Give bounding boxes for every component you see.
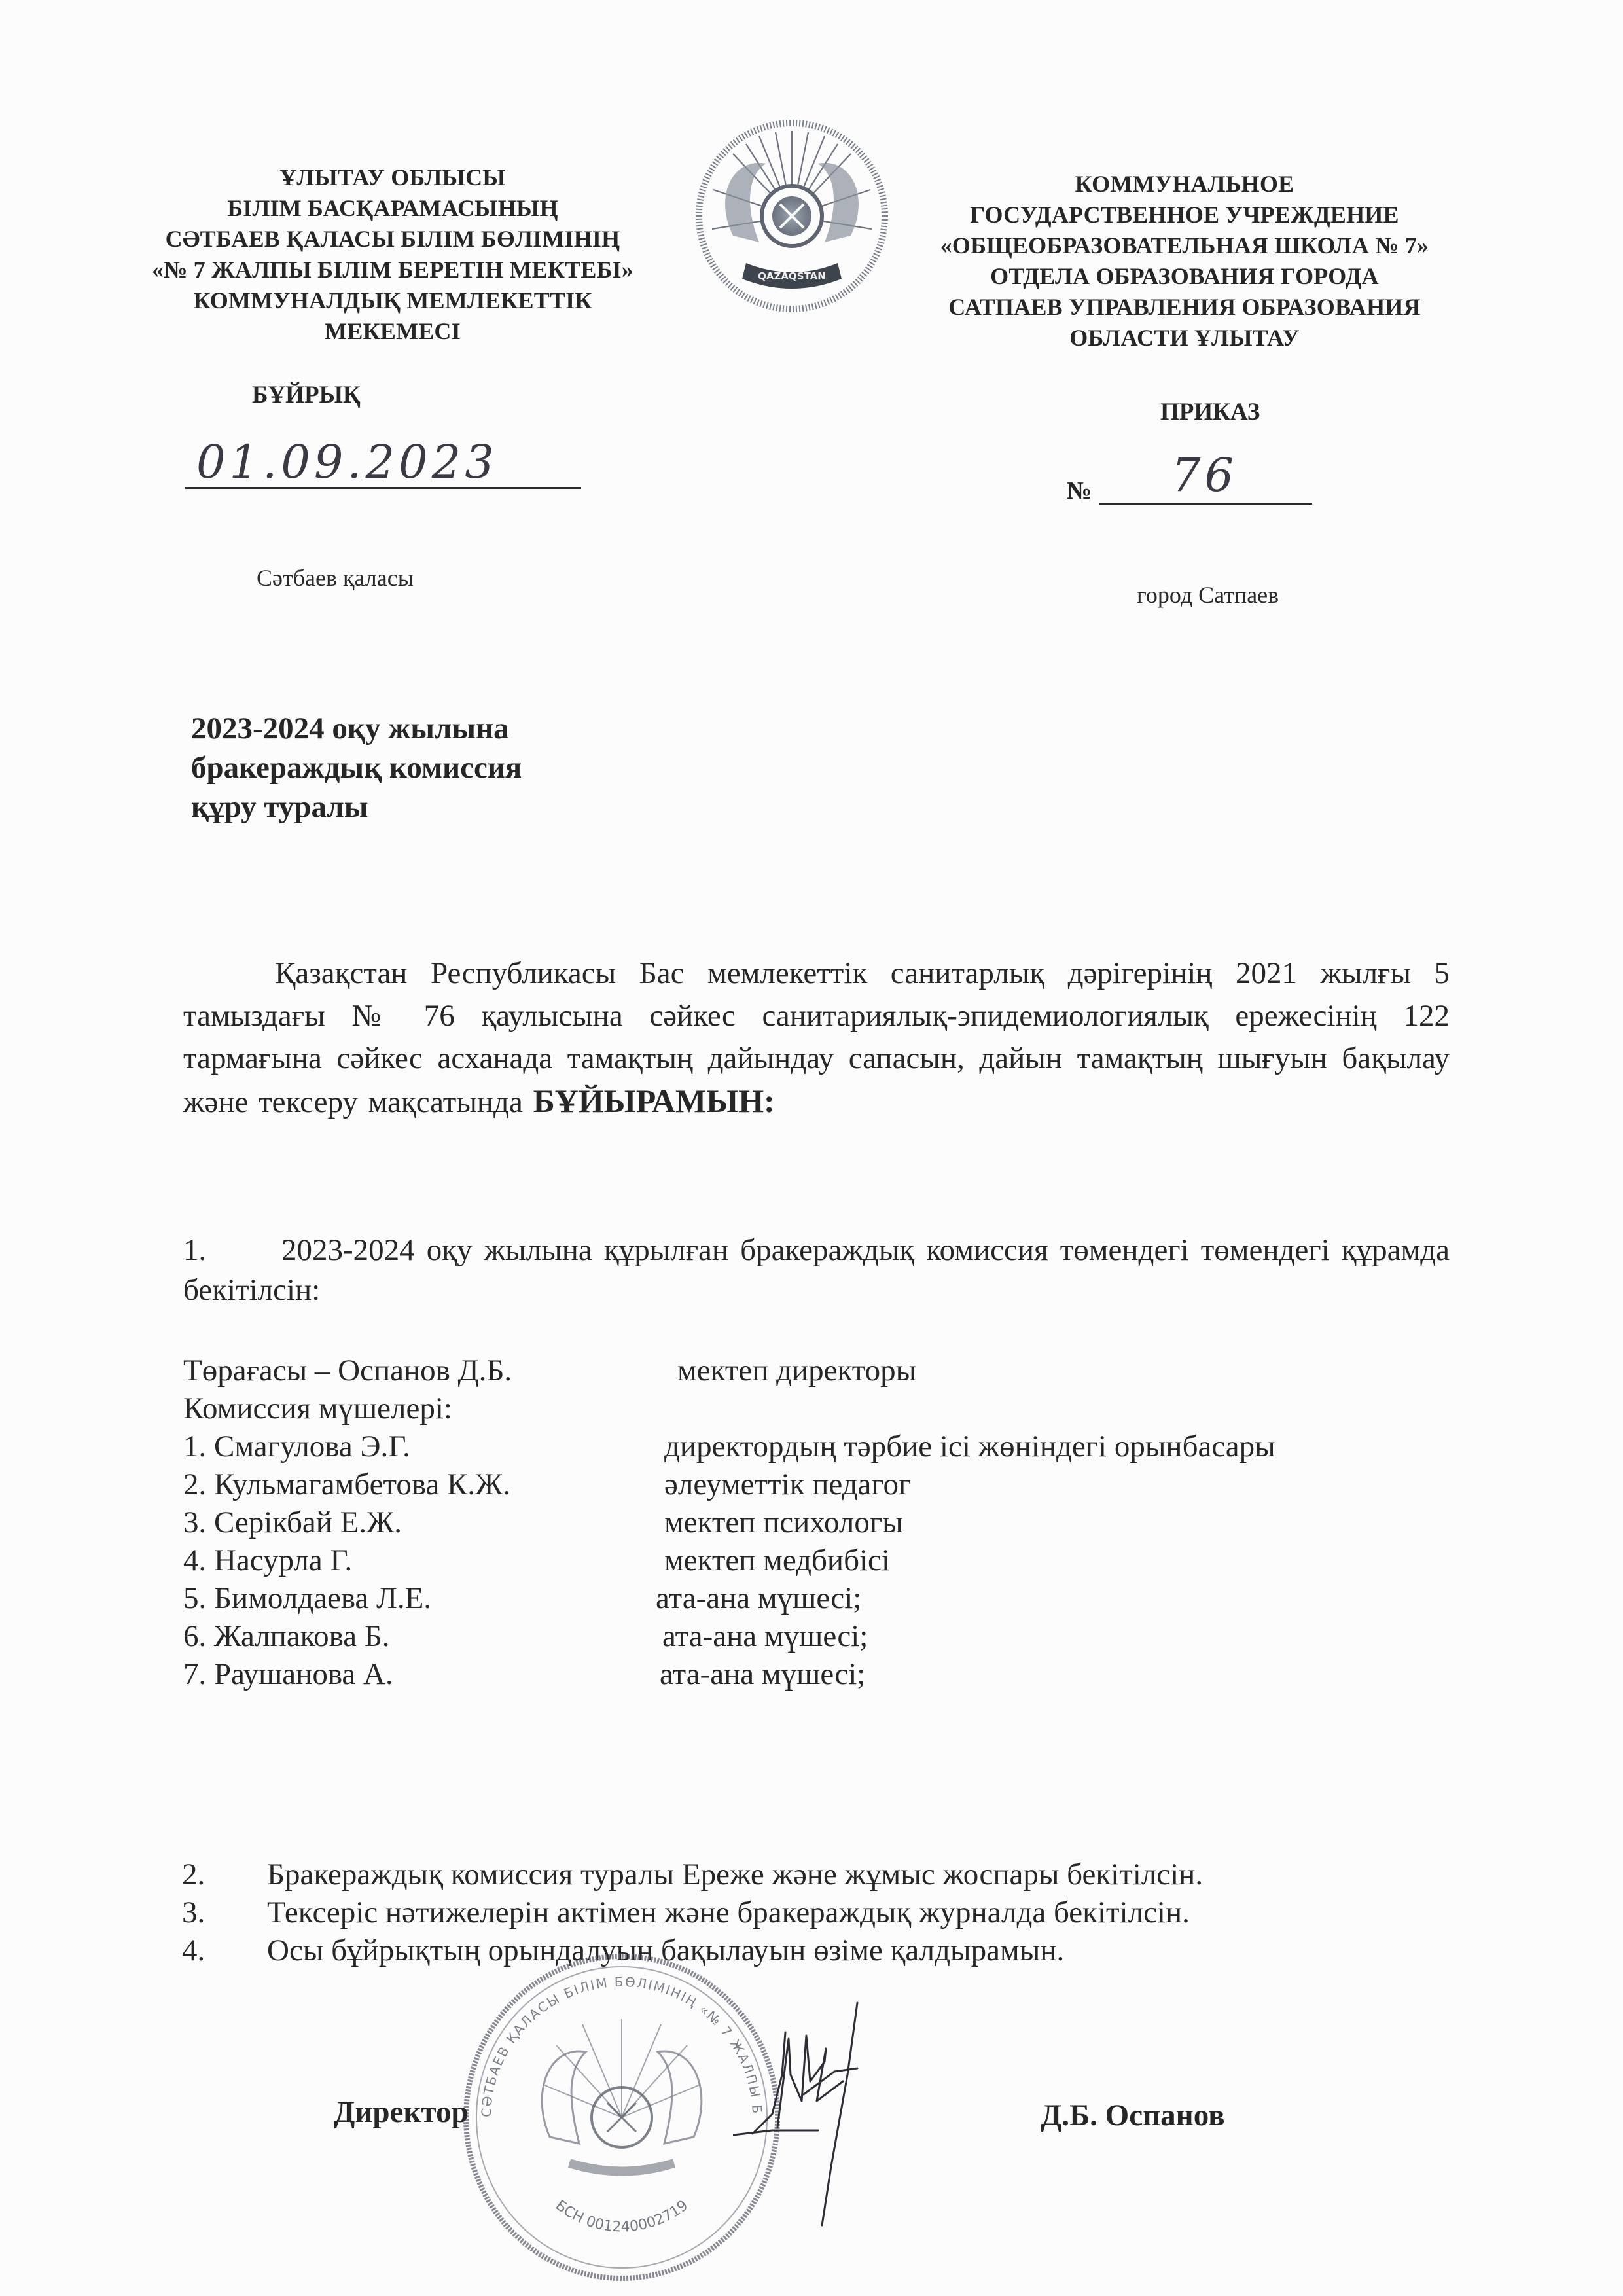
header-line: ОТДЕЛА ОБРАЗОВАНИЯ ГОРОДА [897, 261, 1472, 292]
header-line: «№ 7 ЖАЛПЫ БІЛІМ БЕРЕТІН МЕКТЕБІ» [144, 255, 641, 285]
city-ru: город Сатпаев [1137, 581, 1279, 609]
member-name: 1. Смагулова Э.Г. [183, 1427, 410, 1465]
date-underline [185, 487, 581, 489]
header-russian-institution: КОММУНАЛЬНОЕ ГОСУДАРСТВЕННОЕ УЧРЕЖДЕНИЕ … [897, 169, 1472, 353]
header-line: БІЛІМ БАСҚАРАМАСЫНЫҢ [144, 193, 641, 224]
header-line: КОММУНАЛДЫҚ МЕМЛЕКЕТТІК [144, 285, 641, 316]
member-name: 5. Бимолдаева Л.Е. [183, 1579, 431, 1617]
order-number-sign: № [1067, 476, 1092, 505]
preamble-paragraph: Қазақстан Республикасы Бас мемлекеттік с… [183, 952, 1450, 1124]
item-text: 2023-2024 оқу жылына құрылған бракеражды… [183, 1233, 1450, 1307]
header-line: СӘТБАЕВ ҚАЛАСЫ БІЛІМ БӨЛІМІНІҢ [144, 224, 641, 255]
member-role: ата-ана мүшесі; [660, 1655, 865, 1693]
list-item: 3. Тексеріс нәтижелерін актімен және бра… [182, 1893, 1491, 1931]
title-line: 2023-2024 оқу жылына [191, 709, 522, 748]
header-line: ОБЛАСТИ ҰЛЫТАУ [897, 323, 1472, 353]
order-date: 01.09.2023 [196, 435, 498, 489]
signatory-name: Д.Б. Оспанов [1041, 2098, 1224, 2133]
commission-list: Төрағасы – Оспанов Д.Б. мектеп директоры… [183, 1352, 1492, 1693]
member-role: ата-ана мүшесі; [662, 1617, 868, 1655]
order-label-ru: ПРИКАЗ [1160, 398, 1260, 426]
member-row: 4. Насурла Г. мектеп медбибісі [183, 1541, 1492, 1579]
header-line: ҰЛЫТАУ ОБЛЫСЫ [144, 162, 641, 193]
header-line: ГОСУДАРСТВЕННОЕ УЧРЕЖДЕНИЕ [897, 200, 1472, 230]
signatory-role: Директор [334, 2094, 469, 2130]
member-name: 6. Жалпакова Б. [183, 1617, 390, 1655]
order-title: 2023-2024 оқу жылына бракераждық комисси… [191, 709, 522, 827]
member-role: мектеп медбибісі [664, 1541, 890, 1579]
command-word: БҰЙЫРАМЫН: [533, 1083, 775, 1119]
order-label-kz: БҰЙРЫҚ [252, 381, 361, 409]
member-row: 6. Жалпакова Б. ата-ана мүшесі; [183, 1617, 1492, 1655]
list-item-1: 1.2023-2024 оқу жылына құрылған бракераж… [183, 1230, 1450, 1310]
handwritten-signature-icon [733, 1996, 1008, 2245]
list-item: 2. Бракераждық комиссия туралы Ереже жән… [182, 1856, 1491, 1893]
member-role: әлеуметтік педагог [664, 1465, 911, 1503]
members-label-row: Комиссия мүшелері: [183, 1390, 1492, 1427]
stamp-text: СӘТБАЕВ ҚАЛАСЫ БІЛІМ БӨЛІМІНІҢ «№ 7 ЖАЛП… [452, 1947, 765, 2117]
chair-row: Төрағасы – Оспанов Д.Б. мектеп директоры [183, 1352, 1492, 1390]
title-line: құру туралы [191, 787, 522, 827]
svg-text:СӘТБАЕВ ҚАЛАСЫ БІЛІМ БӨЛІМІНІҢ: СӘТБАЕВ ҚАЛАСЫ БІЛІМ БӨЛІМІНІҢ «№ 7 ЖАЛП… [452, 1947, 765, 2117]
member-role: директордың тәрбие ісі жөніндегі орынбас… [664, 1427, 1275, 1465]
order-number: 76 [1171, 448, 1238, 502]
member-row: 1. Смагулова Э.Г. директордың тәрбие ісі… [183, 1427, 1492, 1465]
title-line: бракераждық комиссия [191, 748, 522, 787]
header-line: КОММУНАЛЬНОЕ [897, 169, 1472, 200]
member-name: Төрағасы – Оспанов Д.Б. [183, 1352, 512, 1390]
preamble-text: Қазақстан Республикасы Бас мемлекеттік с… [183, 956, 1450, 1119]
kazakhstan-emblem-icon: QAZAQSTAN [694, 118, 890, 314]
member-row: 3. Серікбай Е.Ж. мектеп психологы [183, 1503, 1492, 1541]
member-name: 3. Серікбай Е.Ж. [183, 1503, 402, 1541]
header-line: САТПАЕВ УПРАВЛЕНИЯ ОБРАЗОВАНИЯ [897, 292, 1472, 323]
item-number: 4. [182, 1931, 205, 1969]
header-line: «ОБЩЕОБРАЗОВАТЕЛЬНАЯ ШКОЛА № 7» [897, 230, 1472, 261]
city-kz: Сәтбаев қаласы [257, 564, 414, 592]
item-number: 2. [182, 1856, 205, 1893]
emblem-label: QAZAQSTAN [758, 270, 826, 282]
member-role: ата-ана мүшесі; [656, 1579, 861, 1617]
list-item: 4. Осы бұйрықтың орындалуын бақылауын өз… [182, 1931, 1491, 1969]
order-items: 2. Бракераждық комиссия туралы Ереже жән… [182, 1856, 1491, 1969]
item-text: Бракераждық комиссия туралы Ереже және ж… [267, 1856, 1203, 1893]
member-row: 2. Кульмагамбетова К.Ж. әлеуметтік педаг… [183, 1465, 1492, 1503]
item-number: 1. [183, 1230, 281, 1270]
member-name: 7. Раушанова А. [183, 1655, 393, 1693]
header-kazakh-institution: ҰЛЫТАУ ОБЛЫСЫ БІЛІМ БАСҚАРАМАСЫНЫҢ СӘТБА… [144, 162, 641, 347]
item-text: Тексеріс нәтижелерін актімен және бракер… [267, 1893, 1190, 1931]
member-name: 2. Кульмагамбетова К.Ж. [183, 1465, 510, 1503]
member-role: мектеп психологы [664, 1503, 903, 1541]
svg-text:БСН 001240002719: БСН 001240002719 [552, 2197, 691, 2235]
header-line: МЕКЕМЕСІ [144, 316, 641, 347]
member-name: 4. Насурла Г. [183, 1541, 352, 1579]
item-number: 3. [182, 1893, 205, 1931]
number-underline [1099, 503, 1312, 505]
member-role: мектеп директоры [677, 1352, 916, 1390]
members-label: Комиссия мүшелері: [183, 1390, 452, 1427]
member-row: 5. Бимолдаева Л.Е. ата-ана мүшесі; [183, 1579, 1492, 1617]
member-row: 7. Раушанова А. ата-ана мүшесі; [183, 1655, 1492, 1693]
stamp-bin: БСН 001240002719 [552, 2197, 691, 2235]
